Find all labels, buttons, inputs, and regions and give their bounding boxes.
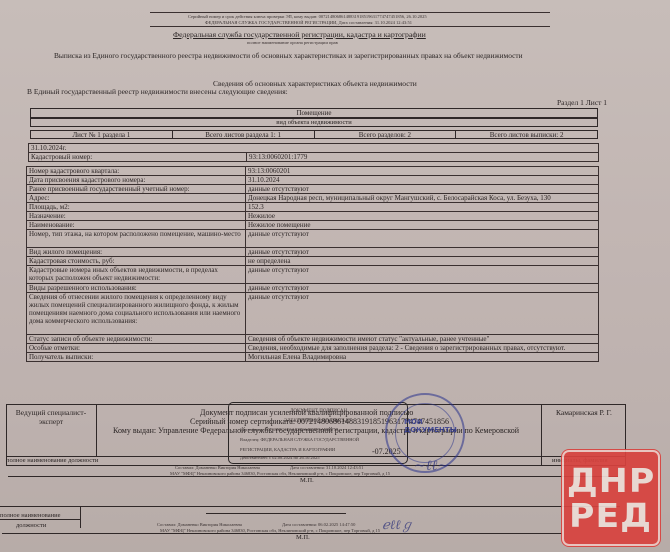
row-value: Нежилое	[246, 212, 599, 221]
second-position-caption2: должности	[16, 522, 46, 529]
row-value: Донецкая Народная респ, муниципальный ок…	[246, 194, 599, 203]
row-label: Назначение:	[27, 212, 246, 221]
sheet-info-cell: Всего разделов: 2	[315, 131, 457, 138]
table-row: Кадастровые номера иных объектов недвижи…	[27, 266, 599, 284]
sheet-info-cell: Лист № 1 раздела 1	[31, 131, 173, 138]
signer-position: Ведущий специалист-эксперт	[8, 408, 94, 426]
row-label: Площадь, м2:	[27, 203, 246, 212]
banner-issuer-line: ФЕДЕРАЛЬНАЯ СЛУЖБА ГОСУДАРСТВЕННОЙ РЕГИС…	[205, 20, 412, 25]
cadastral-label: Кадастровый номер:	[29, 153, 247, 162]
characteristics-table: Номер кадастрового квартала:93:13:006020…	[26, 166, 599, 362]
row-value: данные отсутствуют	[246, 266, 599, 284]
sig-rule	[8, 476, 618, 477]
agency-caption: полное наименование органа регистрации п…	[247, 40, 338, 45]
e-stamp-line2: ЭЛЕКТРОННОЙ ПОДПИСЬЮ	[284, 419, 351, 424]
row-value: 31.10.2024	[246, 176, 599, 185]
table-row: Получатель выписки:Могильная Елена Влади…	[27, 353, 599, 362]
row-label: Дата присвоения кадастрового номера:	[27, 176, 246, 185]
watermark-line2: РЕД	[569, 498, 652, 533]
second-copy-rule	[206, 513, 346, 514]
table-row: Площадь, м2:152.3	[27, 203, 599, 212]
row-label: Сведения об отнесении жилого помещения к…	[27, 293, 246, 335]
row-label: Адрес:	[27, 194, 246, 203]
seal-text-line: МОИ	[404, 418, 457, 426]
banner-cert-line: Серийный номер и срок действия ключа про…	[188, 14, 427, 19]
banner-bottom-rule	[150, 26, 550, 27]
signer-name: Камаринская Р. Г.	[556, 408, 612, 417]
second-copy-rule	[0, 519, 80, 520]
second-copy-rule	[0, 506, 620, 507]
table-row: Адрес:Донецкая Народная респ, муниципаль…	[27, 194, 599, 203]
seal-text: МОИ ДОКУМЕНТЫ	[404, 418, 457, 434]
e-stamp-valid: Действителен: с 02.08.2024 по 26.10.2025	[240, 455, 320, 460]
document-intro: В Единый государственный реестр недвижим…	[27, 87, 288, 96]
row-label: Статус записи об объекте недвижимости:	[27, 335, 246, 344]
compiled-by: Составил: Доманенко Виктория Николаевна	[175, 465, 260, 470]
table-row: Виды разрешенного использования:данные о…	[27, 284, 599, 293]
row-label: Номер кадастрового квартала:	[27, 167, 246, 176]
compiled-date: Дата составления: 31.10.2024 12:43:51	[290, 465, 363, 470]
e-stamp-owner2: РЕГИСТРАЦИИ, КАДАСТРА И КАРТОГРАФИИ	[240, 447, 335, 452]
e-stamp-line1: ДОКУМЕНТ ПОДПИСАН	[290, 409, 347, 414]
handwritten-signature: ~ℓℓ~	[414, 458, 449, 475]
row-value: данные отсутствуют	[246, 284, 599, 293]
row-label: Виды разрешенного использования:	[27, 284, 246, 293]
agency-name: Федеральная служба государственной регис…	[173, 30, 426, 39]
sheet-info-bar: Лист № 1 раздела 1 Всего листов раздела …	[30, 130, 598, 139]
second-compiled-date: Дата составления: 06.02.2025 14:47:50	[282, 522, 355, 527]
row-label: Получатель выписки:	[27, 353, 246, 362]
table-row: Сведения об отнесении жилого помещения к…	[27, 293, 599, 335]
table-row: Кадастровая стоимость, руб:не определена	[27, 257, 599, 266]
seal-text-line: ДОКУМЕНТЫ	[404, 426, 457, 434]
section-label: Раздел 1 Лист 1	[557, 98, 607, 107]
row-value: 93:13:0060201	[246, 167, 599, 176]
watermark-line1: ДНР	[567, 463, 655, 498]
table-row: Вид жилого помещения:данные отсутствуют	[27, 248, 599, 257]
row-value: данные отсутствуют	[246, 248, 599, 257]
row-label: Номер, тип этажа, на котором расположено…	[27, 230, 246, 248]
object-type: Помещение	[30, 108, 598, 118]
row-value: Нежилое помещение	[246, 221, 599, 230]
second-mp-mark: М.П.	[296, 534, 310, 541]
object-type-caption: вид объекта недвижимости	[276, 119, 351, 126]
header-table: 31.10.2024г. Кадастровый номер: 93:13:00…	[28, 143, 599, 162]
row-value: данные отсутствуют	[246, 293, 599, 335]
row-value: Могильная Елена Владимировна	[246, 353, 599, 362]
row-label: Ранее присвоенный государственный учетны…	[27, 185, 246, 194]
object-type-caption-box: вид объекта недвижимости	[30, 118, 598, 127]
second-copy-divider	[80, 506, 81, 528]
table-row: Ранее присвоенный государственный учетны…	[27, 185, 599, 194]
table-row: Наименование:Нежилое помещение	[27, 221, 599, 230]
row-label: Наименование:	[27, 221, 246, 230]
document-title: Выписка из Единого государственного реес…	[54, 51, 523, 60]
extract-date: 31.10.2024г.	[29, 144, 599, 153]
cadastral-value: 93:13:0060201:1779	[247, 153, 599, 162]
e-stamp-owner1: Владелец: ФЕДЕРАЛЬНАЯ СЛУЖБА ГОСУДАРСТВЕ…	[240, 437, 359, 442]
row-value: Сведения об объекте недвижимости имеют с…	[246, 335, 599, 344]
row-label: Кадастровые номера иных объектов недвижи…	[27, 266, 246, 284]
watermark-logo: ДНР РЕД	[562, 450, 660, 546]
row-label: Вид жилого помещения:	[27, 248, 246, 257]
object-type-value: Помещение	[296, 109, 331, 117]
row-label: Кадастровая стоимость, руб:	[27, 257, 246, 266]
second-copy-rule	[2, 533, 562, 534]
banner-top-rule	[150, 12, 550, 13]
sheet-info-cell: Всего листов раздела 1: 1	[173, 131, 315, 138]
row-value: 152.3	[246, 203, 599, 212]
row-label: Особые отметки:	[27, 344, 246, 353]
row-value: данные отсутствуют	[246, 185, 599, 194]
row-value: не определена	[246, 257, 599, 266]
table-row: Номер кадастрового квартала:93:13:006020…	[27, 167, 599, 176]
table-row: Дата присвоения кадастрового номера:31.1…	[27, 176, 599, 185]
row-value: данные отсутствуют	[246, 230, 599, 248]
table-row: Статус записи об объекте недвижимости:Св…	[27, 335, 599, 344]
row-value: Сведения, необходимые для заполнения раз…	[246, 344, 599, 353]
table-row: Номер, тип этажа, на котором расположено…	[27, 230, 599, 248]
second-compiled-by: Составил: Доманенко Виктория Николаевна	[157, 522, 242, 527]
e-stamp-cert: Сертификат: 00F6858C2E3A82B6645F8F5AB887…	[240, 427, 338, 432]
sheet-info-cell: Всего листов выписки: 2	[456, 131, 597, 138]
second-position-caption: полное наименование	[0, 512, 60, 519]
position-caption: полное наименование должности	[6, 457, 98, 464]
second-handwritten-signature: ℯℓℓℊ	[382, 514, 414, 533]
mp-mark: М.П.	[300, 477, 314, 484]
table-row: Назначение:Нежилое	[27, 212, 599, 221]
table-row: Особые отметки:Сведения, необходимые для…	[27, 344, 599, 353]
sig-divider	[96, 404, 97, 456]
